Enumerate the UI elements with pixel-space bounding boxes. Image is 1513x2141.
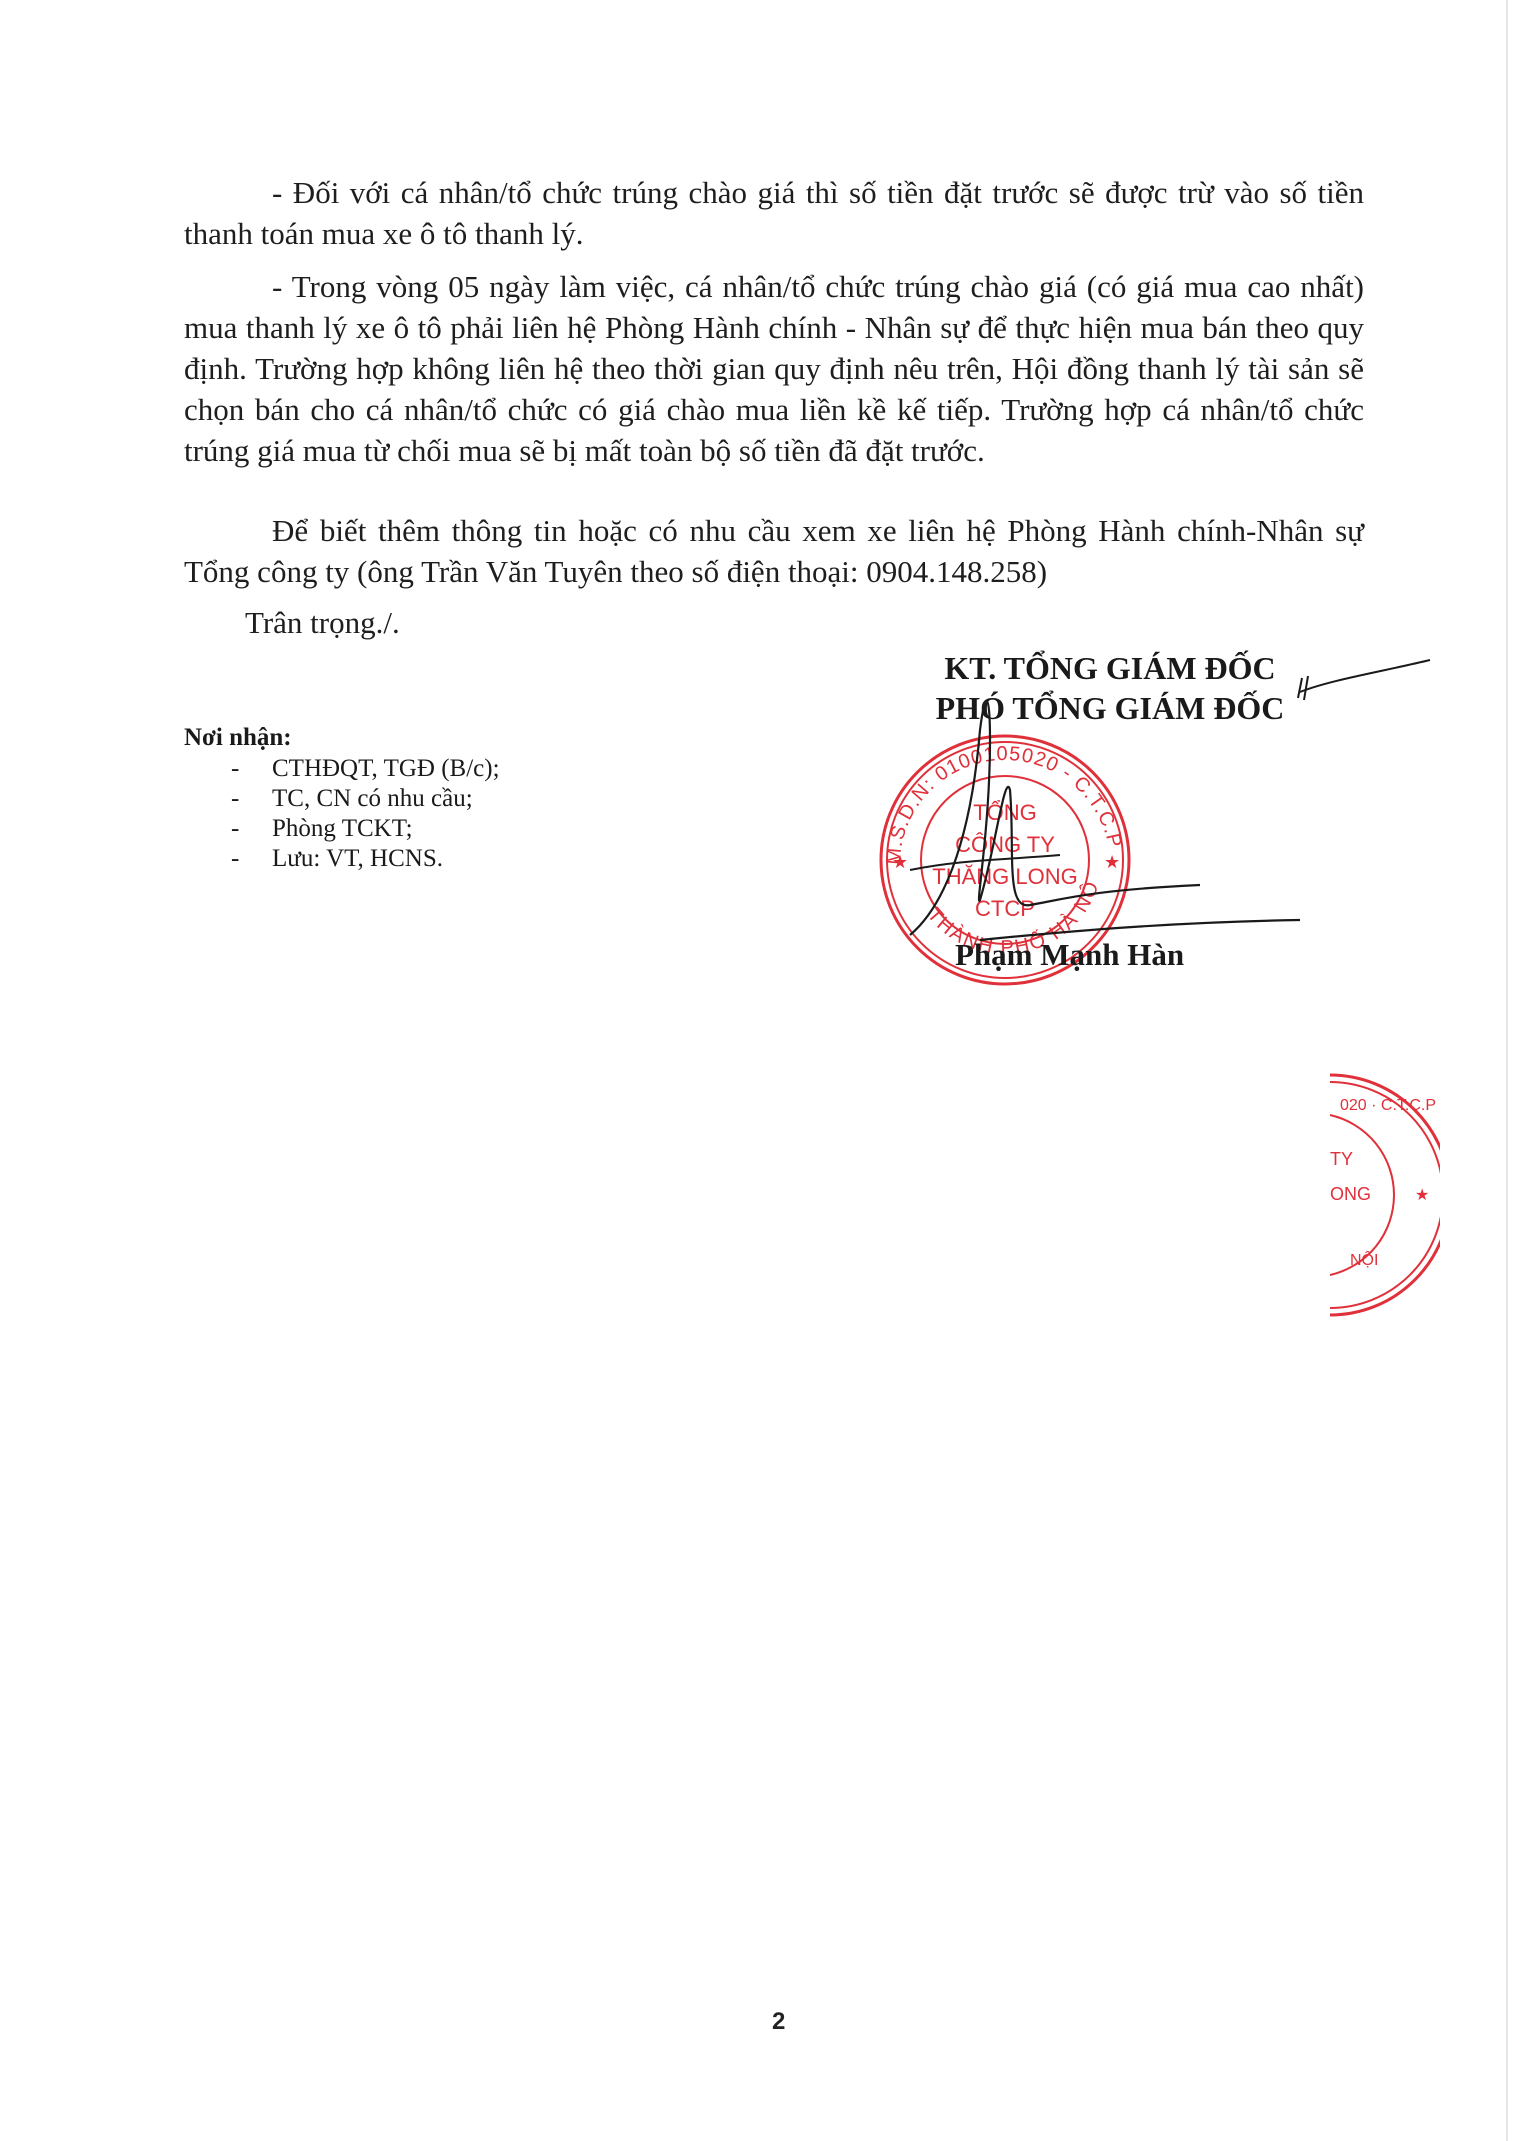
page-number: 2 <box>772 2008 785 2036</box>
paragraph-text: - Đối với cá nhân/tổ chức trúng chào giá… <box>184 172 1364 254</box>
svg-text:ONG: ONG <box>1330 1184 1371 1204</box>
recipient-item: -CTHĐQT, TGĐ (B/c); <box>184 754 500 784</box>
recipient-item: -TC, CN có nhu cầu; <box>184 784 500 814</box>
recipients-title: Nơi nhận: <box>184 722 500 754</box>
svg-text:NỘI: NỘI <box>1350 1250 1378 1269</box>
recipient-item: -Lưu: VT, HCNS. <box>184 844 500 874</box>
paragraph-text: - Trong vòng 05 ngày làm việc, cá nhân/t… <box>184 266 1364 471</box>
closing-salutation: Trân trọng./. <box>245 605 400 641</box>
paragraph-deposit-deduction: - Đối với cá nhân/tổ chức trúng chào giá… <box>184 172 1364 254</box>
paragraph-contact-info: Để biết thêm thông tin hoặc có nhu cầu x… <box>184 510 1364 592</box>
recipient-item: -Phòng TCKT; <box>184 814 500 844</box>
recipients-block: Nơi nhận: -CTHĐQT, TGĐ (B/c); -TC, CN có… <box>184 722 500 874</box>
document-page: - Đối với cá nhân/tổ chức trúng chào giá… <box>0 0 1513 2141</box>
handwritten-signature-icon <box>880 650 1440 970</box>
signer-name: Phạm Mạnh Hàn <box>955 937 1184 973</box>
partial-seal-icon: 020 · C.T.C.P TY ONG ★ NỘI <box>1320 1070 1440 1320</box>
svg-text:020 · C.T.C.P: 020 · C.T.C.P <box>1340 1097 1436 1114</box>
recipients-list: -CTHĐQT, TGĐ (B/c); -TC, CN có nhu cầu; … <box>184 754 500 874</box>
paragraph-text: Để biết thêm thông tin hoặc có nhu cầu x… <box>184 510 1364 592</box>
scan-edge <box>1506 0 1508 2141</box>
svg-text:★: ★ <box>1415 1187 1429 1204</box>
svg-text:TY: TY <box>1330 1149 1353 1169</box>
paragraph-contact-deadline: - Trong vòng 05 ngày làm việc, cá nhân/t… <box>184 266 1364 471</box>
